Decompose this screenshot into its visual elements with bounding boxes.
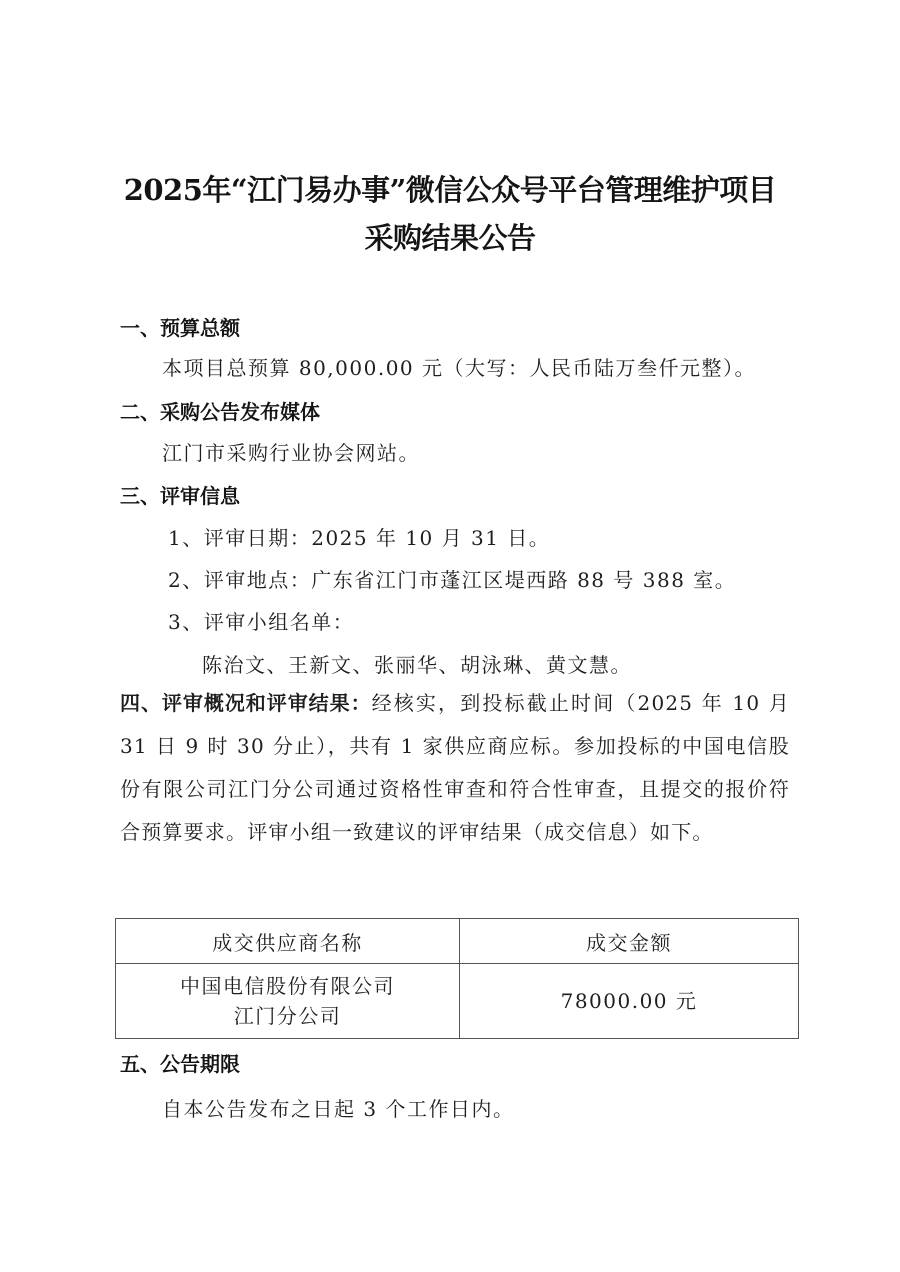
section-heading-period: 五、公告期限	[120, 1048, 240, 1077]
table-row: 中国电信股份有限公司 江门分公司 78000.00 元	[116, 964, 799, 1039]
review-panel-members: 陈治文、王新文、张丽华、胡泳琳、黄文慧。	[202, 649, 632, 678]
budget-text: 本项目总预算 80,000.00 元（大写：人民币陆万叁仟元整）。	[162, 352, 756, 381]
supplier-name-line1: 中国电信股份有限公司	[117, 971, 458, 1001]
deal-result-table: 成交供应商名称 成交金额 中国电信股份有限公司 江门分公司 78000.00 元	[115, 918, 799, 1039]
period-text: 自本公告发布之日起 3 个工作日内。	[162, 1093, 514, 1122]
table-header-amount: 成交金额	[460, 919, 799, 964]
supplier-name-line2: 江门分公司	[117, 1001, 458, 1031]
document-title-line2: 采购结果公告	[0, 216, 900, 257]
document-page: 2025年“江门易办事”微信公众号平台管理维护项目 采购结果公告 一、预算总额 …	[0, 0, 900, 1272]
media-text: 江门市采购行业协会网站。	[162, 437, 420, 466]
section-heading-budget: 一、预算总额	[120, 312, 240, 341]
table-header-supplier: 成交供应商名称	[116, 919, 460, 964]
section-heading-review: 三、评审信息	[120, 480, 240, 509]
table-cell-supplier: 中国电信股份有限公司 江门分公司	[116, 964, 460, 1039]
review-panel-label: 3、评审小组名单：	[168, 606, 354, 635]
document-title-line1: 2025年“江门易办事”微信公众号平台管理维护项目	[0, 168, 900, 209]
table-header-row: 成交供应商名称 成交金额	[116, 919, 799, 964]
section-heading-result: 四、评审概况和评审结果：	[120, 691, 372, 715]
review-location: 2、评审地点：广东省江门市蓬江区堤西路 88 号 388 室。	[168, 564, 736, 593]
table-cell-amount: 78000.00 元	[460, 964, 799, 1039]
review-date: 1、评审日期：2025 年 10 月 31 日。	[168, 522, 550, 551]
section-heading-media: 二、采购公告发布媒体	[120, 396, 320, 425]
result-paragraph: 四、评审概况和评审结果：经核实，到投标截止时间（2025 年 10 月 31 日…	[120, 682, 790, 854]
